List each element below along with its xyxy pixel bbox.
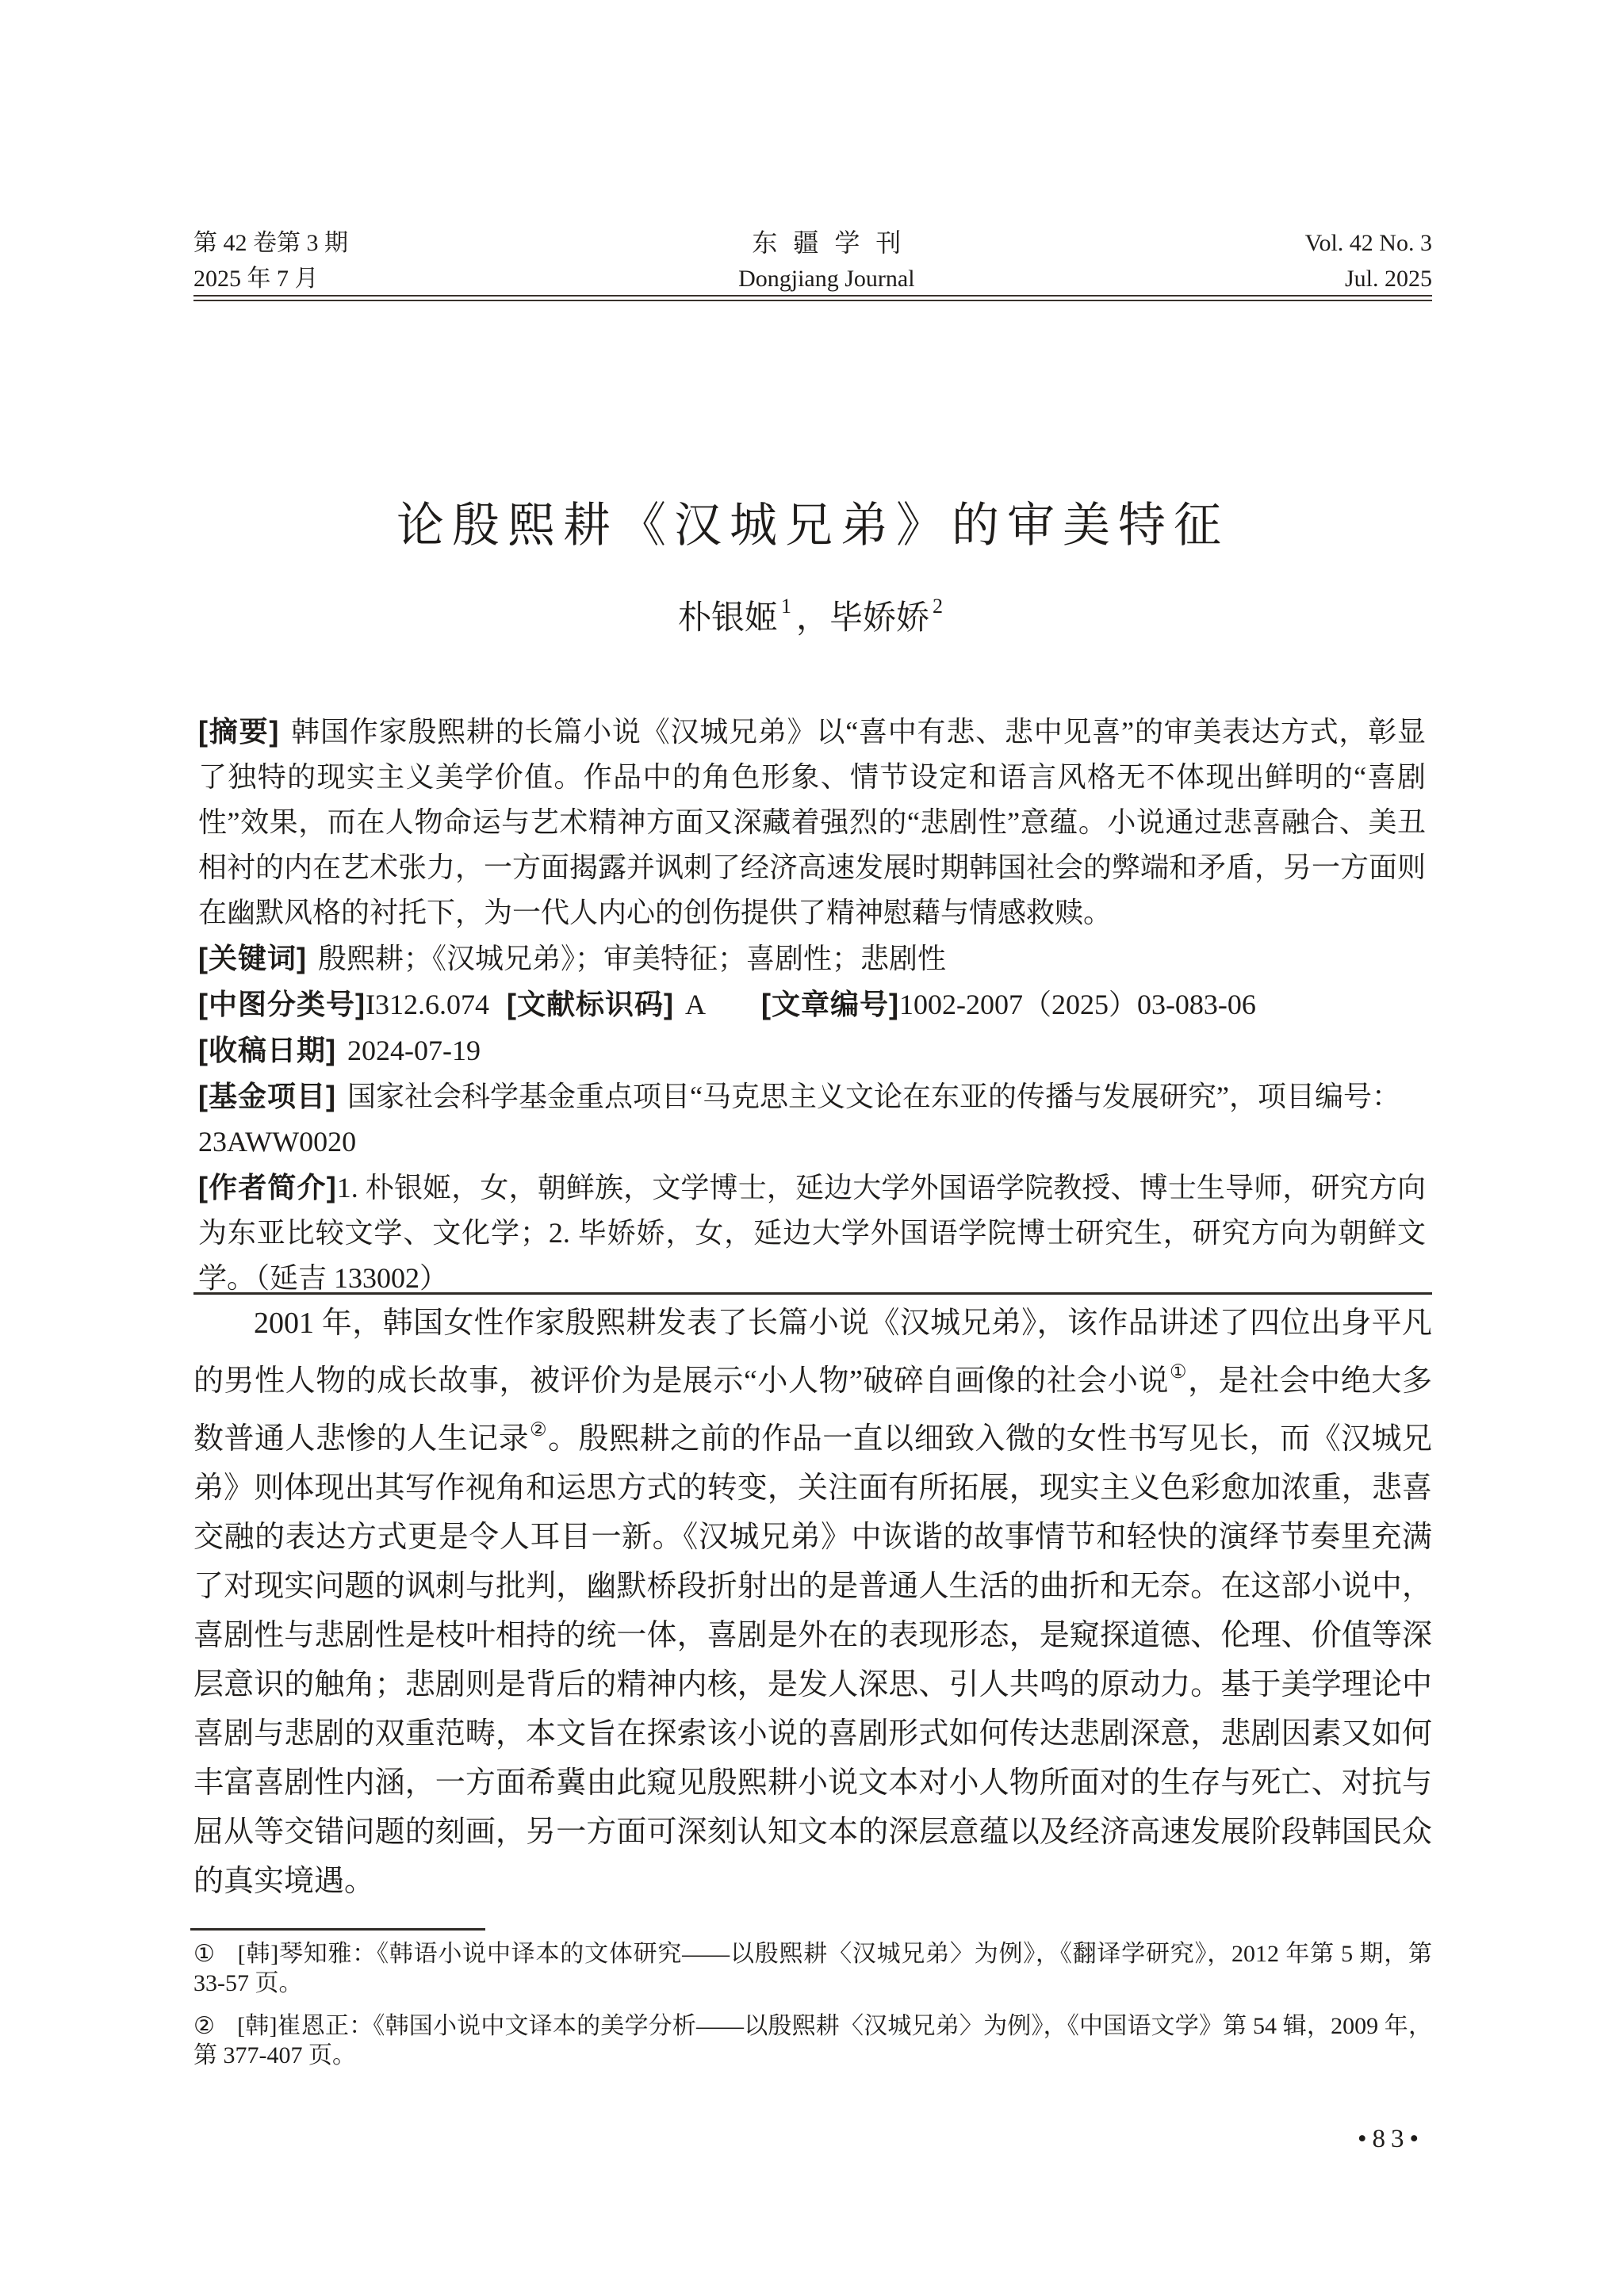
received-label: [收稿日期]	[198, 1034, 336, 1066]
footnote-ref-1: ①	[1170, 1362, 1187, 1383]
abstract-paragraph: [摘要]韩国作家殷熙耕的长篇小说《汉城兄弟》以“喜中有悲、悲中见喜”的审美表达方…	[198, 709, 1426, 936]
volume-issue-cn: 第 42 卷第 3 期	[193, 225, 348, 261]
meta-block: [摘要]韩国作家殷熙耕的长篇小说《汉城兄弟》以“喜中有悲、悲中见喜”的审美表达方…	[198, 709, 1426, 1301]
classification-line: [中图分类号]I312.6.074[文献标识码]A[文章编号]1002-2007…	[198, 982, 1426, 1027]
doc-code-label: [文献标识码]	[507, 988, 674, 1020]
abstract-text: 韩国作家殷熙耕的长篇小说《汉城兄弟》以“喜中有悲、悲中见喜”的审美表达方式，彰显…	[198, 716, 1426, 928]
fund-number-line: 23AWW0020	[198, 1119, 1426, 1165]
fund-number: 23AWW0020	[198, 1126, 356, 1158]
received-value: 2024-07-19	[347, 1035, 481, 1066]
header-left: 第 42 卷第 3 期 2025 年 7 月	[193, 225, 348, 297]
author-separator: ，	[796, 600, 829, 637]
header-right: Vol. 42 No. 3 Jul. 2025	[1305, 225, 1432, 297]
doc-code-value: A	[685, 989, 706, 1020]
footnote-1-text: [韩]琴知雅：《韩语小说中译本的文体研究——以殷熙耕〈汉城兄弟〉为例》，《翻译学…	[193, 1941, 1432, 1996]
footnote-ref-2: ②	[530, 1420, 547, 1441]
volume-issue-en: Vol. 42 No. 3	[1305, 225, 1432, 261]
fund-label: [基金项目]	[198, 1080, 336, 1112]
author-2-name: 毕娇娇	[829, 600, 929, 637]
fund-text: 国家社会科学基金重点项目“马克思主义文论在东亚的传播与发展研究”，项目编号：	[347, 1081, 1400, 1112]
footnotes: ①[韩]琴知雅：《韩语小说中译本的文体研究——以殷熙耕〈汉城兄弟〉为例》，《翻译…	[193, 1939, 1432, 2084]
journal-name-cn: 东疆学刊	[736, 225, 917, 261]
author-1-name: 朴银姬	[678, 600, 778, 637]
keywords-line: [关键词]殷熙耕；《汉城兄弟》；审美特征；喜剧性；悲剧性	[198, 936, 1426, 982]
journal-page: 第 42 卷第 3 期 2025 年 7 月 东疆学刊 Dongjiang Jo…	[0, 0, 1624, 2296]
footnote-1: ①[韩]琴知雅：《韩语小说中译本的文体研究——以殷熙耕〈汉城兄弟〉为例》，《翻译…	[193, 1939, 1432, 1998]
authors-line: 朴银姬1，毕娇娇2	[193, 591, 1432, 639]
footnote-1-marker: ①	[193, 1941, 216, 1967]
footnote-2-marker: ②	[193, 2013, 215, 2039]
article-id-value: 1002-2007（2025）03-083-06	[899, 989, 1256, 1020]
clc-value: I312.6.074	[366, 989, 489, 1020]
bio-text: 1. 朴银姬，女，朝鲜族，文学博士，延边大学外国语学院教授、博士生导师，研究方向…	[198, 1172, 1426, 1294]
received-date-line: [收稿日期]2024-07-19	[198, 1027, 1426, 1073]
date-en: Jul. 2025	[1305, 261, 1432, 297]
fund-line: [基金项目]国家社会科学基金重点项目“马克思主义文论在东亚的传播与发展研究”，项…	[198, 1073, 1426, 1119]
author-1-superscript: 1	[781, 595, 791, 618]
keywords-label: [关键词]	[198, 942, 307, 974]
body-text-segment: 。殷熙耕之前的作品一直以细致入微的女性书写见长，而《汉城兄弟》则体现出其写作视角…	[193, 1422, 1432, 1898]
abstract-label: [摘要]	[198, 715, 279, 748]
page-number: •83•	[1358, 2125, 1424, 2154]
meta-body-separator-rule	[193, 1292, 1432, 1295]
journal-name-en: Dongjiang Journal	[736, 261, 917, 297]
author-bio-paragraph: [作者简介]1. 朴银姬，女，朝鲜族，文学博士，延边大学外国语学院教授、博士生导…	[198, 1165, 1426, 1301]
header-center: 东疆学刊 Dongjiang Journal	[736, 225, 917, 297]
header-double-rule	[193, 295, 1432, 301]
article-title: 论殷熙耕《汉城兄弟》的审美特征	[193, 488, 1432, 556]
keywords-text: 殷熙耕；《汉城兄弟》；审美特征；喜剧性；悲剧性	[318, 943, 946, 974]
article-id-label: [文章编号]	[761, 988, 899, 1020]
clc-label: [中图分类号]	[198, 988, 366, 1020]
footnote-separator-rule	[190, 1928, 485, 1931]
journal-header: 第 42 卷第 3 期 2025 年 7 月 东疆学刊 Dongjiang Jo…	[193, 225, 1432, 297]
footnote-2-text: [韩]崔恩正：《韩国小说中文译本的美学分析——以殷熙耕〈汉城兄弟〉为例》，《中国…	[193, 2013, 1432, 2068]
body-paragraph: 2001 年，韩国女性作家殷熙耕发表了长篇小说《汉城兄弟》，该作品讲述了四位出身…	[193, 1299, 1432, 1906]
footnote-2: ②[韩]崔恩正：《韩国小说中文译本的美学分析——以殷熙耕〈汉城兄弟〉为例》，《中…	[193, 2011, 1432, 2070]
author-2-superscript: 2	[933, 595, 943, 618]
article-body: 2001 年，韩国女性作家殷熙耕发表了长篇小说《汉城兄弟》，该作品讲述了四位出身…	[193, 1299, 1432, 1906]
bio-label: [作者简介]	[198, 1171, 337, 1203]
date-cn: 2025 年 7 月	[193, 261, 348, 297]
